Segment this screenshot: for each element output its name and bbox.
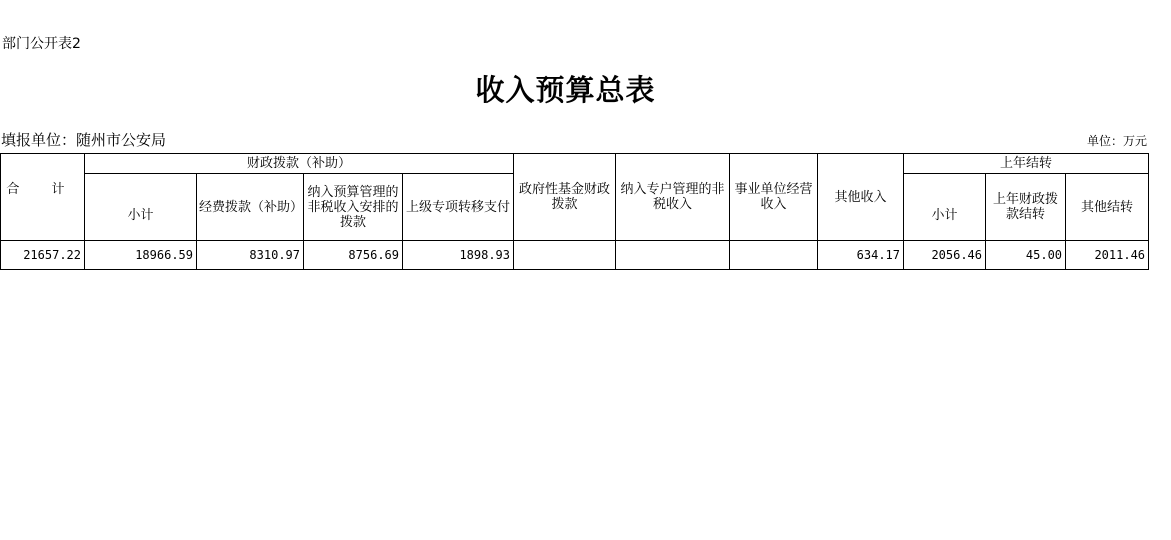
cell-nontax-budget: 8756.69: [304, 241, 403, 270]
header-row-group: 合 计 财政拨款（补助） 政府性基金财政拨款 纳入专户管理的非税收入 事业单位经…: [1, 154, 1149, 174]
cell-carry-other: 2011.46: [1066, 241, 1149, 270]
cell-carry-fiscal: 45.00: [986, 241, 1066, 270]
cell-carry-subtotal: 2056.46: [904, 241, 986, 270]
col-header-transfer: 上级专项转移支付: [403, 174, 514, 241]
cell-gov-fund: [514, 241, 616, 270]
income-budget-table: 合 计 财政拨款（补助） 政府性基金财政拨款 纳入专户管理的非税收入 事业单位经…: [0, 153, 1149, 270]
cell-transfer: 1898.93: [403, 241, 514, 270]
col-header-carry-other: 其他结转: [1066, 174, 1149, 241]
cell-fiscal-subtotal: 18966.59: [85, 241, 197, 270]
cell-total: 21657.22: [1, 241, 85, 270]
col-header-gov-fund: 政府性基金财政拨款: [514, 154, 616, 241]
col-header-business: 事业单位经营收入: [730, 154, 818, 241]
reporting-unit: 填报单位：随州市公安局: [1, 129, 166, 150]
currency-unit: 单位：万元: [1087, 132, 1147, 149]
cell-business: [730, 241, 818, 270]
col-header-carryover-group: 上年结转: [904, 154, 1149, 174]
col-header-fiscal-funding: 经费拨款（补助）: [197, 174, 304, 241]
cell-other-income: 634.17: [818, 241, 904, 270]
cell-fiscal-funding: 8310.97: [197, 241, 304, 270]
table-row: 21657.22 18966.59 8310.97 8756.69 1898.9…: [1, 241, 1149, 270]
page-title: 收入预算总表: [0, 68, 1131, 109]
col-header-carry-subtotal: 小计: [904, 174, 986, 241]
col-header-carry-fiscal: 上年财政拨款结转: [986, 174, 1066, 241]
col-header-total: 合 计: [1, 154, 85, 241]
col-header-fiscal-group: 财政拨款（补助）: [85, 154, 514, 174]
col-header-other-income: 其他收入: [818, 154, 904, 241]
col-header-nontax-budget: 纳入预算管理的非税收入安排的拨款: [304, 174, 403, 241]
cell-special-account: [616, 241, 730, 270]
form-number: 部门公开表2: [2, 33, 81, 53]
col-header-special-account: 纳入专户管理的非税收入: [616, 154, 730, 241]
col-header-fiscal-subtotal: 小计: [85, 174, 197, 241]
